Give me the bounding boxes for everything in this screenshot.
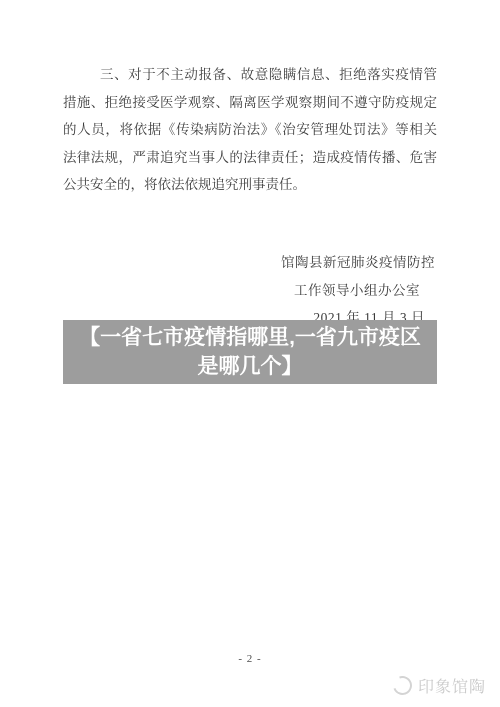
body-paragraph-line: 的人员，将依据《传染病防治法》《治安管理处罚法》等相关 [63,116,437,144]
body-paragraph-line: 公共安全的，将依法依规追究刑事责任。 [63,171,437,199]
page-number: - 2 - [0,653,500,665]
watermark-text: 印象馆陶 [418,674,486,697]
signature-org-line1: 馆陶县新冠肺炎疫情防控 [281,251,435,271]
body-paragraph-line: 三、对于不主动报备、故意隐瞒信息、拒绝落实疫情管控 [63,61,437,89]
watermark: 印象馆陶 [393,674,486,697]
document-page: 三、对于不主动报备、故意隐瞒信息、拒绝落实疫情管控 措施、拒绝接受医学观察、隔离… [0,0,500,707]
logo-swirl-icon [390,673,415,698]
body-paragraph-line: 法律法规，严肃追究当事人的法律责任；造成疫情传播、危害 [63,144,437,172]
body-paragraph-line: 措施、拒绝接受医学观察、隔离医学观察期间不遵守防疫规定 [63,89,437,117]
signature-org-line2: 工作领导小组办公室 [294,279,420,299]
caption-line-2: 是哪几个】 [198,352,303,381]
body-paragraph: 三、对于不主动报备、故意隐瞒信息、拒绝落实疫情管控 措施、拒绝接受医学观察、隔离… [63,61,437,199]
caption-overlay: 【一省七市疫情指哪里,一省九市疫区 是哪几个】 [63,320,437,384]
caption-line-1: 【一省七市疫情指哪里,一省九市疫区 [79,323,421,352]
